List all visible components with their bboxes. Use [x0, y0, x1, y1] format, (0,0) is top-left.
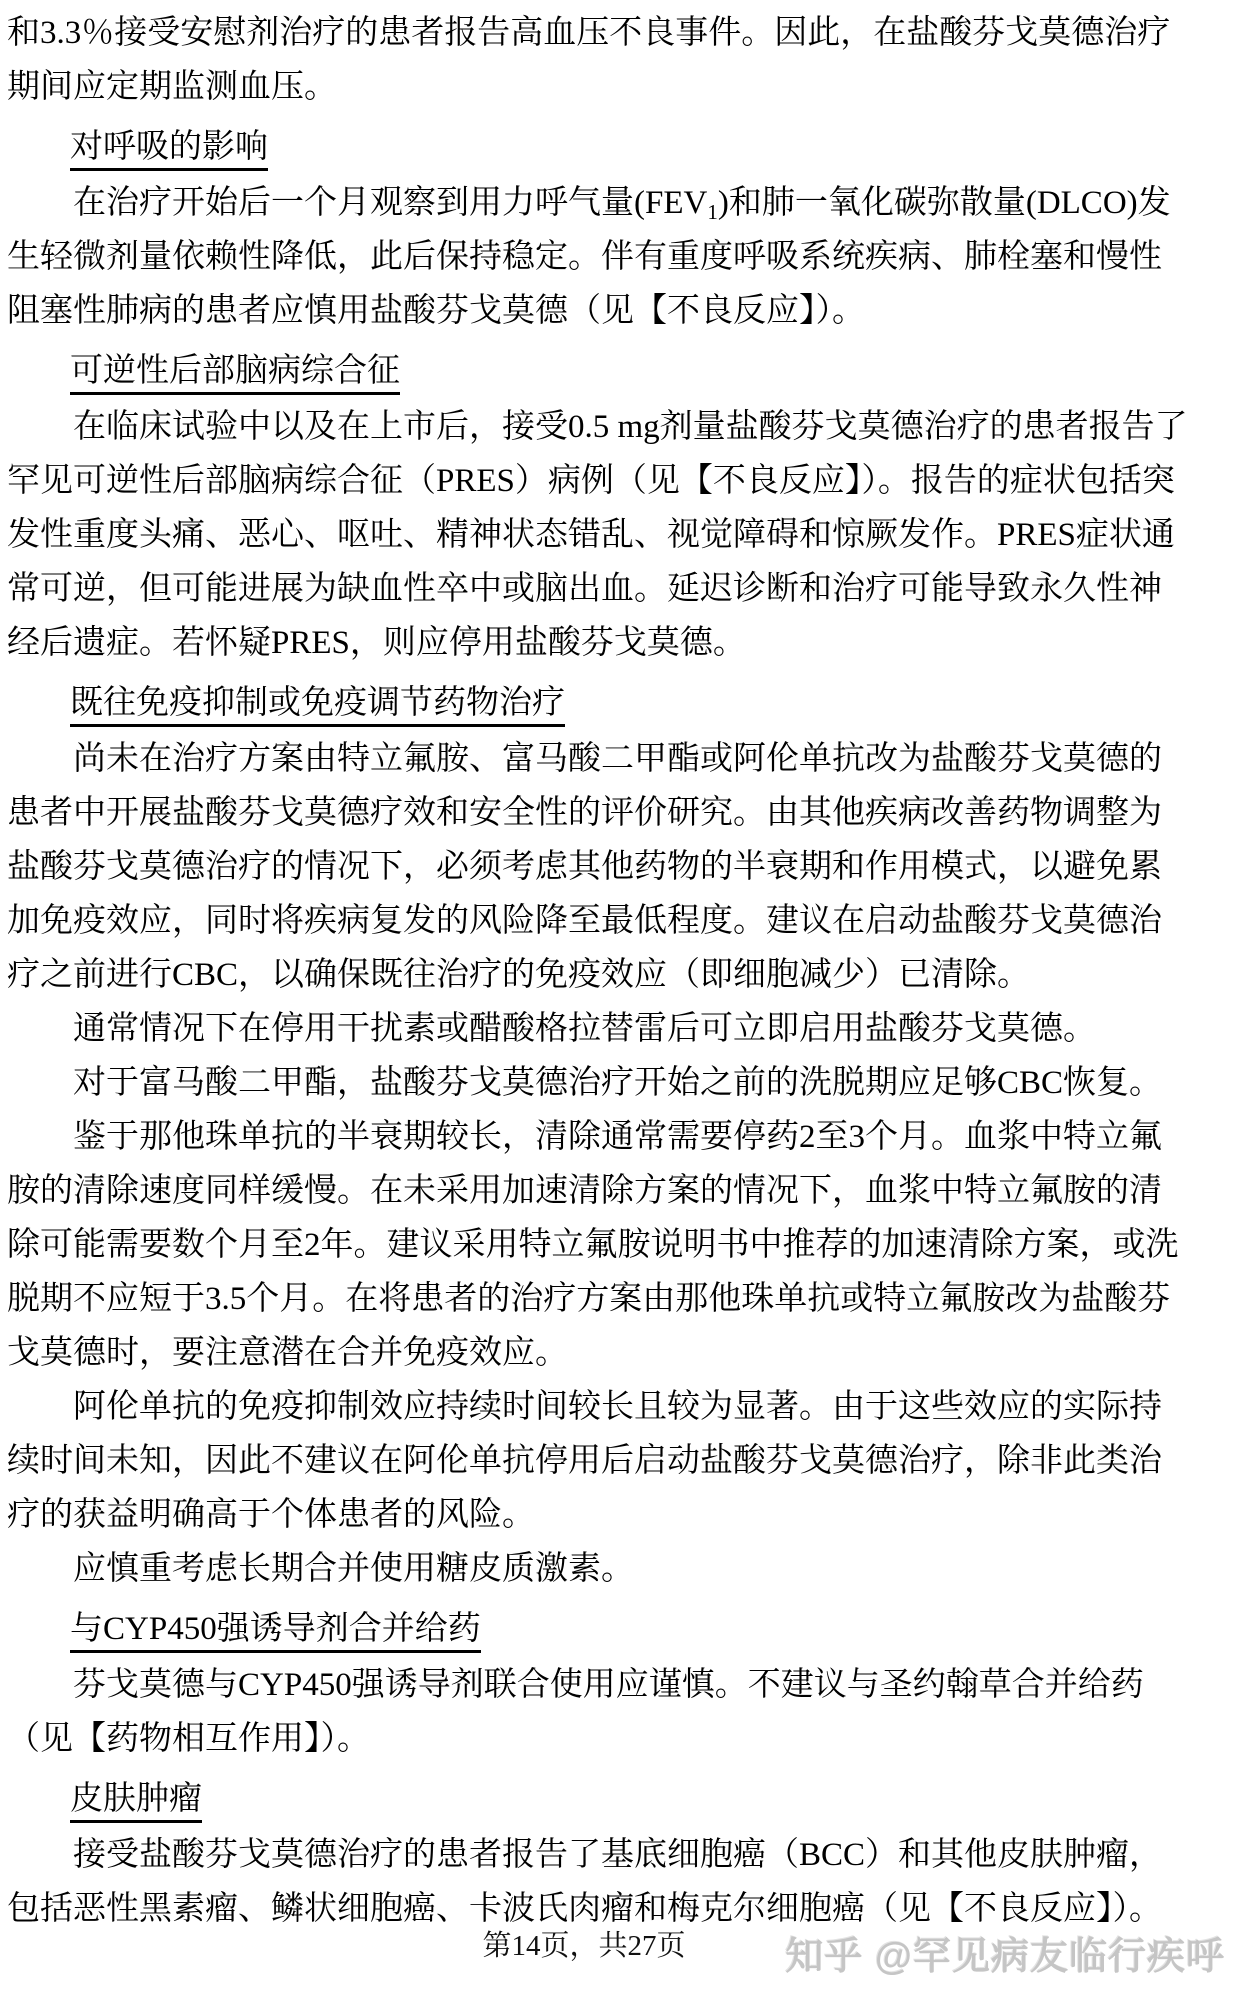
document-paragraph: 对于富马酸二甲酯，盐酸芬戈莫德治疗开始之前的洗脱期应足够CBC恢复。 [7, 1056, 1193, 1110]
document-paragraph: 尚未在治疗方案由特立氟胺、富马酸二甲酯或阿伦单抗改为盐酸芬戈莫德的患者中开展盐酸… [7, 732, 1193, 1002]
section-heading: 对呼吸的影响 [70, 120, 1193, 174]
document-paragraph: 在治疗开始后一个月观察到用力呼气量(FEV1)和肺一氧化碳弥散量(DLCO)发生… [7, 176, 1193, 338]
document-paragraph: 接受盐酸芬戈莫德治疗的患者报告了基底细胞癌（BCC）和其他皮肤肿瘤，包括恶性黑素… [7, 1828, 1193, 1936]
section-heading-text: 既往免疫抑制或免疫调节药物治疗 [70, 685, 565, 727]
watermark: 知乎 @罕见病友临行疾呼 [785, 1933, 1225, 1981]
document-page: 和3.3％接受安慰剂治疗的患者报告高血压不良事件。因此，在盐酸芬戈莫德治疗期间应… [0, 0, 1241, 2009]
document-paragraph: 通常情况下在停用干扰素或醋酸格拉替雷后可立即启用盐酸芬戈莫德。 [7, 1002, 1193, 1056]
section-heading: 既往免疫抑制或免疫调节药物治疗 [70, 676, 1193, 730]
section-heading: 与CYP450强诱导剂合并给药 [70, 1602, 1193, 1656]
section-heading: 皮肤肿瘤 [70, 1772, 1193, 1826]
page-number: 第14页，共27页 [482, 1930, 685, 1962]
document-paragraph: 在临床试验中以及在上市后，接受0.5 mg剂量盐酸芬戈莫德治疗的患者报告了罕见可… [7, 400, 1193, 670]
document-paragraph: 和3.3％接受安慰剂治疗的患者报告高血压不良事件。因此，在盐酸芬戈莫德治疗期间应… [7, 6, 1193, 114]
document-paragraph: 鉴于那他珠单抗的半衰期较长，清除通常需要停药2至3个月。血浆中特立氟胺的清除速度… [7, 1110, 1193, 1380]
section-heading: 可逆性后部脑病综合征 [70, 344, 1193, 398]
document-paragraph: 应慎重考虑长期合并使用糖皮质激素。 [7, 1542, 1193, 1596]
section-heading-text: 对呼吸的影响 [70, 129, 268, 171]
section-heading-text: 皮肤肿瘤 [70, 1781, 202, 1823]
section-heading-text: 与CYP450强诱导剂合并给药 [70, 1611, 481, 1653]
subscript-text: 1 [707, 200, 718, 224]
document-paragraph: 阿伦单抗的免疫抑制效应持续时间较长且较为显著。由于这些效应的实际持续时间未知，因… [7, 1380, 1193, 1542]
document-paragraph: 芬戈莫德与CYP450强诱导剂联合使用应谨慎。不建议与圣约翰草合并给药（见【药物… [7, 1658, 1193, 1766]
paragraph-text: 在治疗开始后一个月观察到用力呼气量(FEV [73, 185, 707, 221]
document-body: 和3.3％接受安慰剂治疗的患者报告高血压不良事件。因此，在盐酸芬戈莫德治疗期间应… [0, 0, 1241, 1936]
section-heading-text: 可逆性后部脑病综合征 [70, 353, 400, 395]
